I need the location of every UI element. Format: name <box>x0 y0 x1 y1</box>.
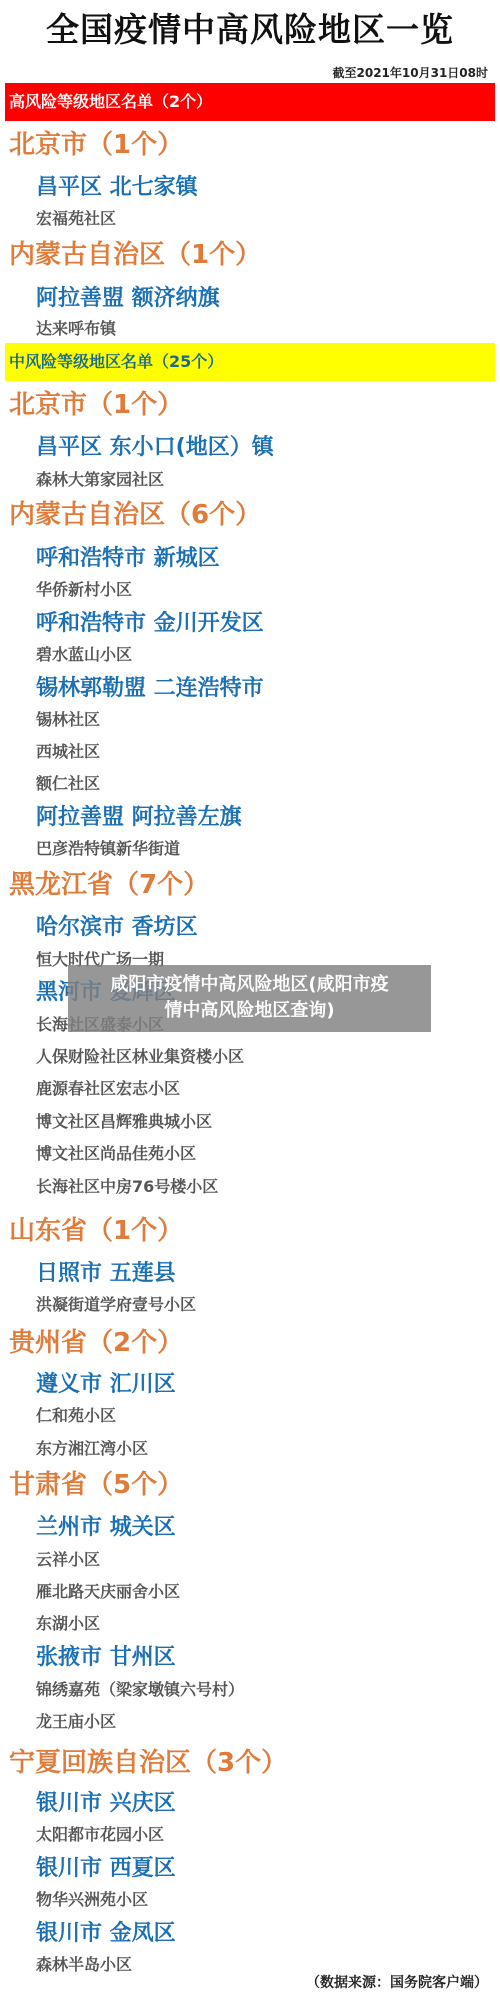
city-heading: 遵义市 汇川区 <box>36 1367 176 1398</box>
high-risk-banner: 高风险等级地区名单（2个） <box>5 83 495 121</box>
city-heading: 呼和浩特市 新城区 <box>36 541 220 572</box>
community-item: 博文社区尚品佳苑小区 <box>36 1141 196 1164</box>
community-item: 东方湘江湾小区 <box>36 1436 148 1459</box>
province-heading: 内蒙古自治区（6个） <box>9 494 261 531</box>
city-heading: 昌平区 北七家镇 <box>36 170 198 201</box>
city-heading: 阿拉善盟 额济纳旗 <box>36 281 220 312</box>
province-heading: 内蒙古自治区（1个） <box>9 234 261 271</box>
community-item: 博文社区昌辉雅典城小区 <box>36 1109 212 1132</box>
community-item: 东湖小区 <box>36 1611 100 1634</box>
medium-risk-banner: 中风险等级地区名单（25个） <box>5 343 495 381</box>
community-item: 锡林社区 <box>36 707 100 730</box>
city-heading: 银川市 西夏区 <box>36 1851 176 1882</box>
province-heading: 贵州省（2个） <box>9 1322 183 1359</box>
community-item: 巴彦浩特镇新华街道 <box>36 836 180 859</box>
community-item: 长海社区中房76号楼小区 <box>36 1174 218 1197</box>
community-item: 额仁社区 <box>36 771 100 794</box>
province-heading: 北京市（1个） <box>9 124 183 161</box>
page-title: 全国疫情中高风险地区一览 <box>0 4 500 51</box>
city-heading: 呼和浩特市 金川开发区 <box>36 606 264 637</box>
as-of-timestamp: 截至2021年10月31日08时 <box>333 64 489 81</box>
city-heading: 锡林郭勒盟 二连浩特市 <box>36 671 264 702</box>
city-heading: 张掖市 甘州区 <box>36 1640 176 1671</box>
community-item: 洪凝街道学府壹号小区 <box>36 1292 196 1315</box>
community-item: 森林半岛小区 <box>36 1952 132 1975</box>
city-heading: 日照市 五莲县 <box>36 1256 176 1287</box>
community-item: 森林大第家园社区 <box>36 467 164 490</box>
community-item: 雁北路天庆丽舍小区 <box>36 1579 180 1602</box>
city-heading: 兰州市 城关区 <box>36 1510 176 1541</box>
city-heading: 昌平区 东小口(地区）镇 <box>36 430 274 461</box>
province-heading: 甘肃省（5个） <box>9 1464 183 1501</box>
community-item: 华侨新村小区 <box>36 577 132 600</box>
community-item: 西城社区 <box>36 739 100 762</box>
caption-line-1: 咸阳市疫情中高风险地区(咸阳市疫 <box>68 972 431 998</box>
community-item: 龙王庙小区 <box>36 1709 116 1732</box>
caption-line-2: 情中高风险地区查询) <box>68 998 431 1024</box>
city-heading: 哈尔滨市 香坊区 <box>36 910 198 941</box>
community-item: 达来呼布镇 <box>36 316 116 339</box>
city-heading: 阿拉善盟 阿拉善左旗 <box>36 800 242 831</box>
community-item: 仁和苑小区 <box>36 1403 116 1426</box>
community-item: 物华兴洲苑小区 <box>36 1887 148 1910</box>
community-item: 碧水蓝山小区 <box>36 642 132 665</box>
community-item: 宏福苑社区 <box>36 206 116 229</box>
community-item: 鹿源春社区宏志小区 <box>36 1076 180 1099</box>
caption-overlay: 咸阳市疫情中高风险地区(咸阳市疫 情中高风险地区查询) <box>68 965 431 1032</box>
province-heading: 北京市（1个） <box>9 384 183 421</box>
province-heading: 山东省（1个） <box>9 1210 183 1247</box>
province-heading: 黑龙江省（7个） <box>9 864 209 901</box>
city-heading: 银川市 兴庆区 <box>36 1786 176 1817</box>
community-item: 人保财险社区林业集资楼小区 <box>36 1044 244 1067</box>
community-item: 太阳都市花园小区 <box>36 1822 164 1845</box>
data-source-note: （数据来源：国务院客户端） <box>306 1972 488 1992</box>
province-heading: 宁夏回族自治区（3个） <box>9 1742 287 1779</box>
city-heading: 银川市 金凤区 <box>36 1916 176 1947</box>
community-item: 锦绣嘉苑（梁家墩镇六号村） <box>36 1677 244 1700</box>
community-item: 云祥小区 <box>36 1547 100 1570</box>
